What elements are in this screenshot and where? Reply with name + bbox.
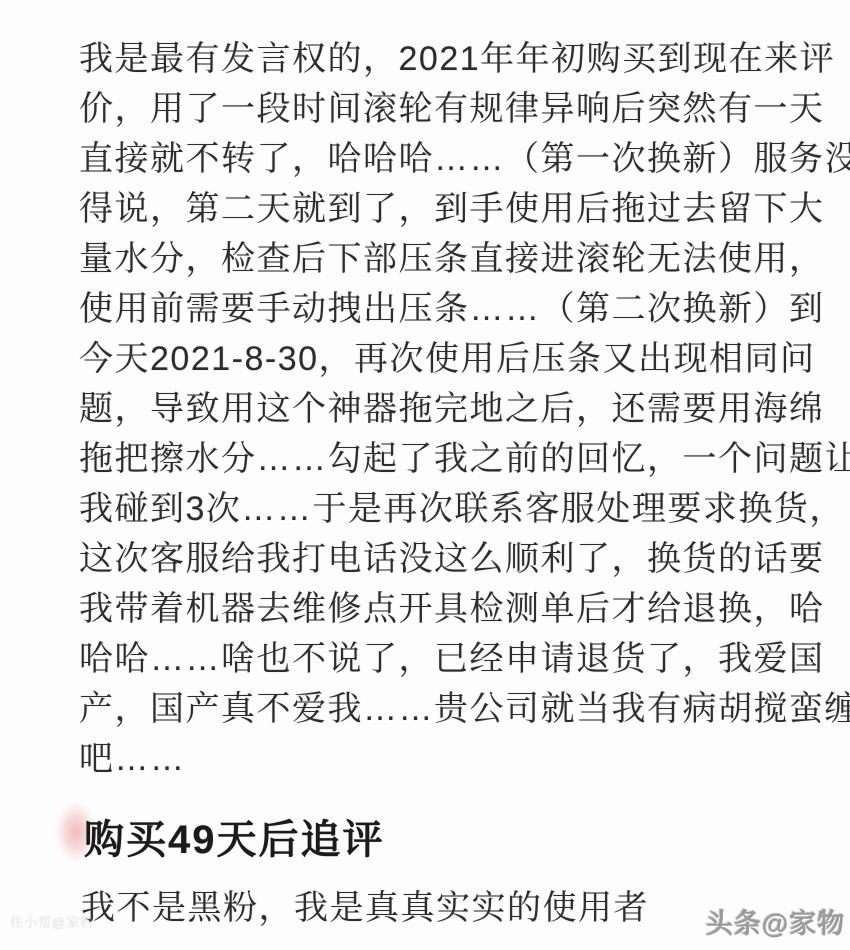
- review-line: 哈哈……啥也不说了，已经申请退货了，我爱国: [79, 634, 850, 684]
- review-line: 直接就不转了，哈哈哈……（第一次换新）服务没: [79, 134, 850, 184]
- toutiao-watermark: 头条@家物: [706, 902, 845, 941]
- review-line: 拖把擦水分……勾起了我之前的回忆，一个问题让: [79, 434, 850, 484]
- review-paragraph: 我是最有发言权的，2021年年初购买到现在来评 价，用了一段时间滚轮有规律异响后…: [79, 34, 850, 784]
- faint-app-watermark: 住小帮@家物: [10, 912, 94, 931]
- review-line: 吧……: [79, 734, 850, 784]
- review-line: 我带着机器去维修点开具检测单后才给退换，哈: [79, 584, 850, 634]
- review-line: 价，用了一段时间滚轮有规律异响后突然有一天: [79, 84, 850, 134]
- review-line: 产，国产真不爱我……贵公司就当我有病胡搅蛮缠: [79, 684, 850, 734]
- review-line: 这次客服给我打电话没这么顺利了，换货的话要: [79, 534, 850, 584]
- followup-subline: 我不是黑粉，我是真真实实的使用者: [81, 880, 649, 929]
- review-line: 量水分，检查后下部压条直接进滚轮无法使用，: [79, 234, 850, 284]
- review-line: 得说，第二天就到了，到手使用后拖过去留下大: [79, 184, 850, 234]
- review-line: 我是最有发言权的，2021年年初购买到现在来评: [79, 34, 850, 84]
- followup-heading: 购买49天后追评: [84, 808, 385, 865]
- review-line: 题，导致用这个神器拖完地之后，还需要用海绵: [79, 384, 850, 434]
- review-line: 我碰到3次……于是再次联系客服处理要求换货，: [79, 484, 850, 534]
- review-screenshot-page: 我是最有发言权的，2021年年初购买到现在来评 价，用了一段时间滚轮有规律异响后…: [0, 0, 850, 950]
- review-line: 今天2021-8-30，再次使用后压条又出现相同问: [79, 334, 850, 384]
- review-line: 使用前需要手动拽出压条……（第二次换新）到: [79, 284, 850, 334]
